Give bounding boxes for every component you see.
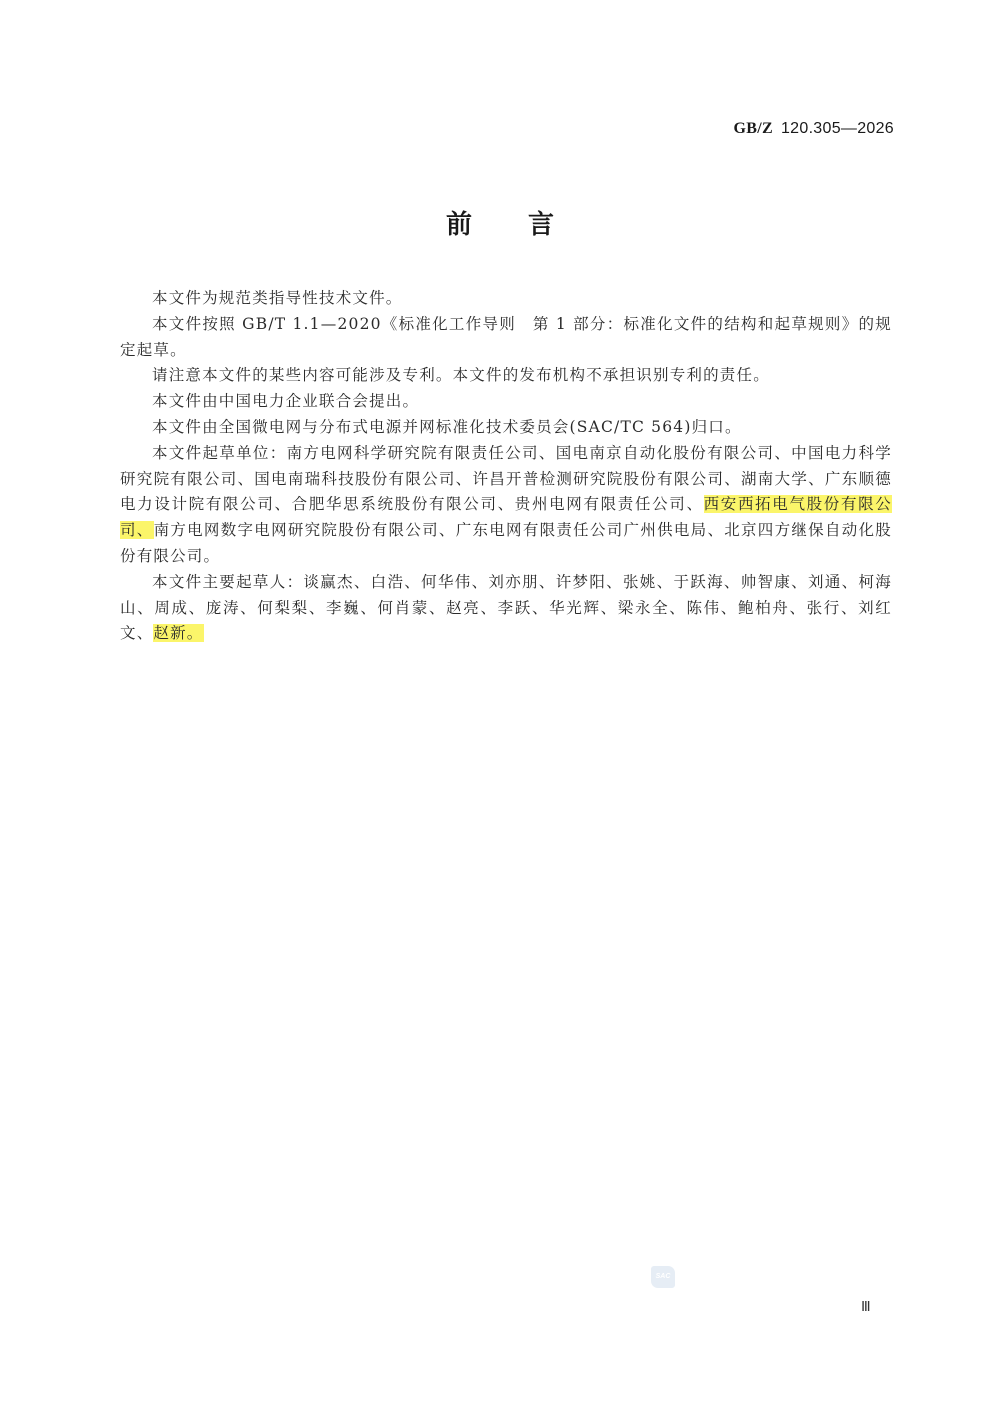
paragraph-drafting-units: 本文件起草单位：南方电网科学研究院有限责任公司、国电南京自动化股份有限公司、中国… [120,441,892,570]
standard-code: GB/Z120.305—2026 [734,118,894,138]
paragraph-proposer: 本文件由中国电力企业联合会提出。 [120,389,892,415]
standard-prefix: GB/Z [734,120,773,137]
paragraph-document-type: 本文件为规范类指导性技术文件。 [120,286,892,312]
paragraph-drafting-rules: 本文件按照 GB/T 1.1—2020《标准化工作导则 第 1 部分：标准化文件… [120,312,892,364]
paragraph-drafters: 本文件主要起草人：谈赢杰、白浩、何华伟、刘亦朋、许梦阳、张姚、于跃海、帅智康、刘… [120,570,892,647]
sac-watermark-logo: SAC [651,1266,675,1288]
drafters-text: 本文件主要起草人：谈赢杰、白浩、何华伟、刘亦朋、许梦阳、张姚、于跃海、帅智康、刘… [120,573,892,643]
drafting-units-text-rest: 南方电网数字电网研究院股份有限公司、广东电网有限责任公司广州供电局、北京四方继保… [120,521,892,565]
standard-number: 120.305—2026 [781,120,894,137]
highlighted-drafter: 赵新。 [153,624,203,642]
document-page: GB/Z120.305—2026 前言 本文件为规范类指导性技术文件。 本文件按… [0,0,1000,1413]
paragraph-committee: 本文件由全国微电网与分布式电源并网标准化技术委员会(SAC/TC 564)归口。 [120,415,892,441]
page-number: Ⅲ [861,1299,871,1316]
title-char-2: 言 [528,204,554,241]
paragraph-patent-notice: 请注意本文件的某些内容可能涉及专利。本文件的发布机构不承担识别专利的责任。 [120,363,892,389]
page-title: 前言 [0,204,1000,241]
title-char-1: 前 [446,204,472,241]
foreword-body: 本文件为规范类指导性技术文件。 本文件按照 GB/T 1.1—2020《标准化工… [120,286,892,647]
